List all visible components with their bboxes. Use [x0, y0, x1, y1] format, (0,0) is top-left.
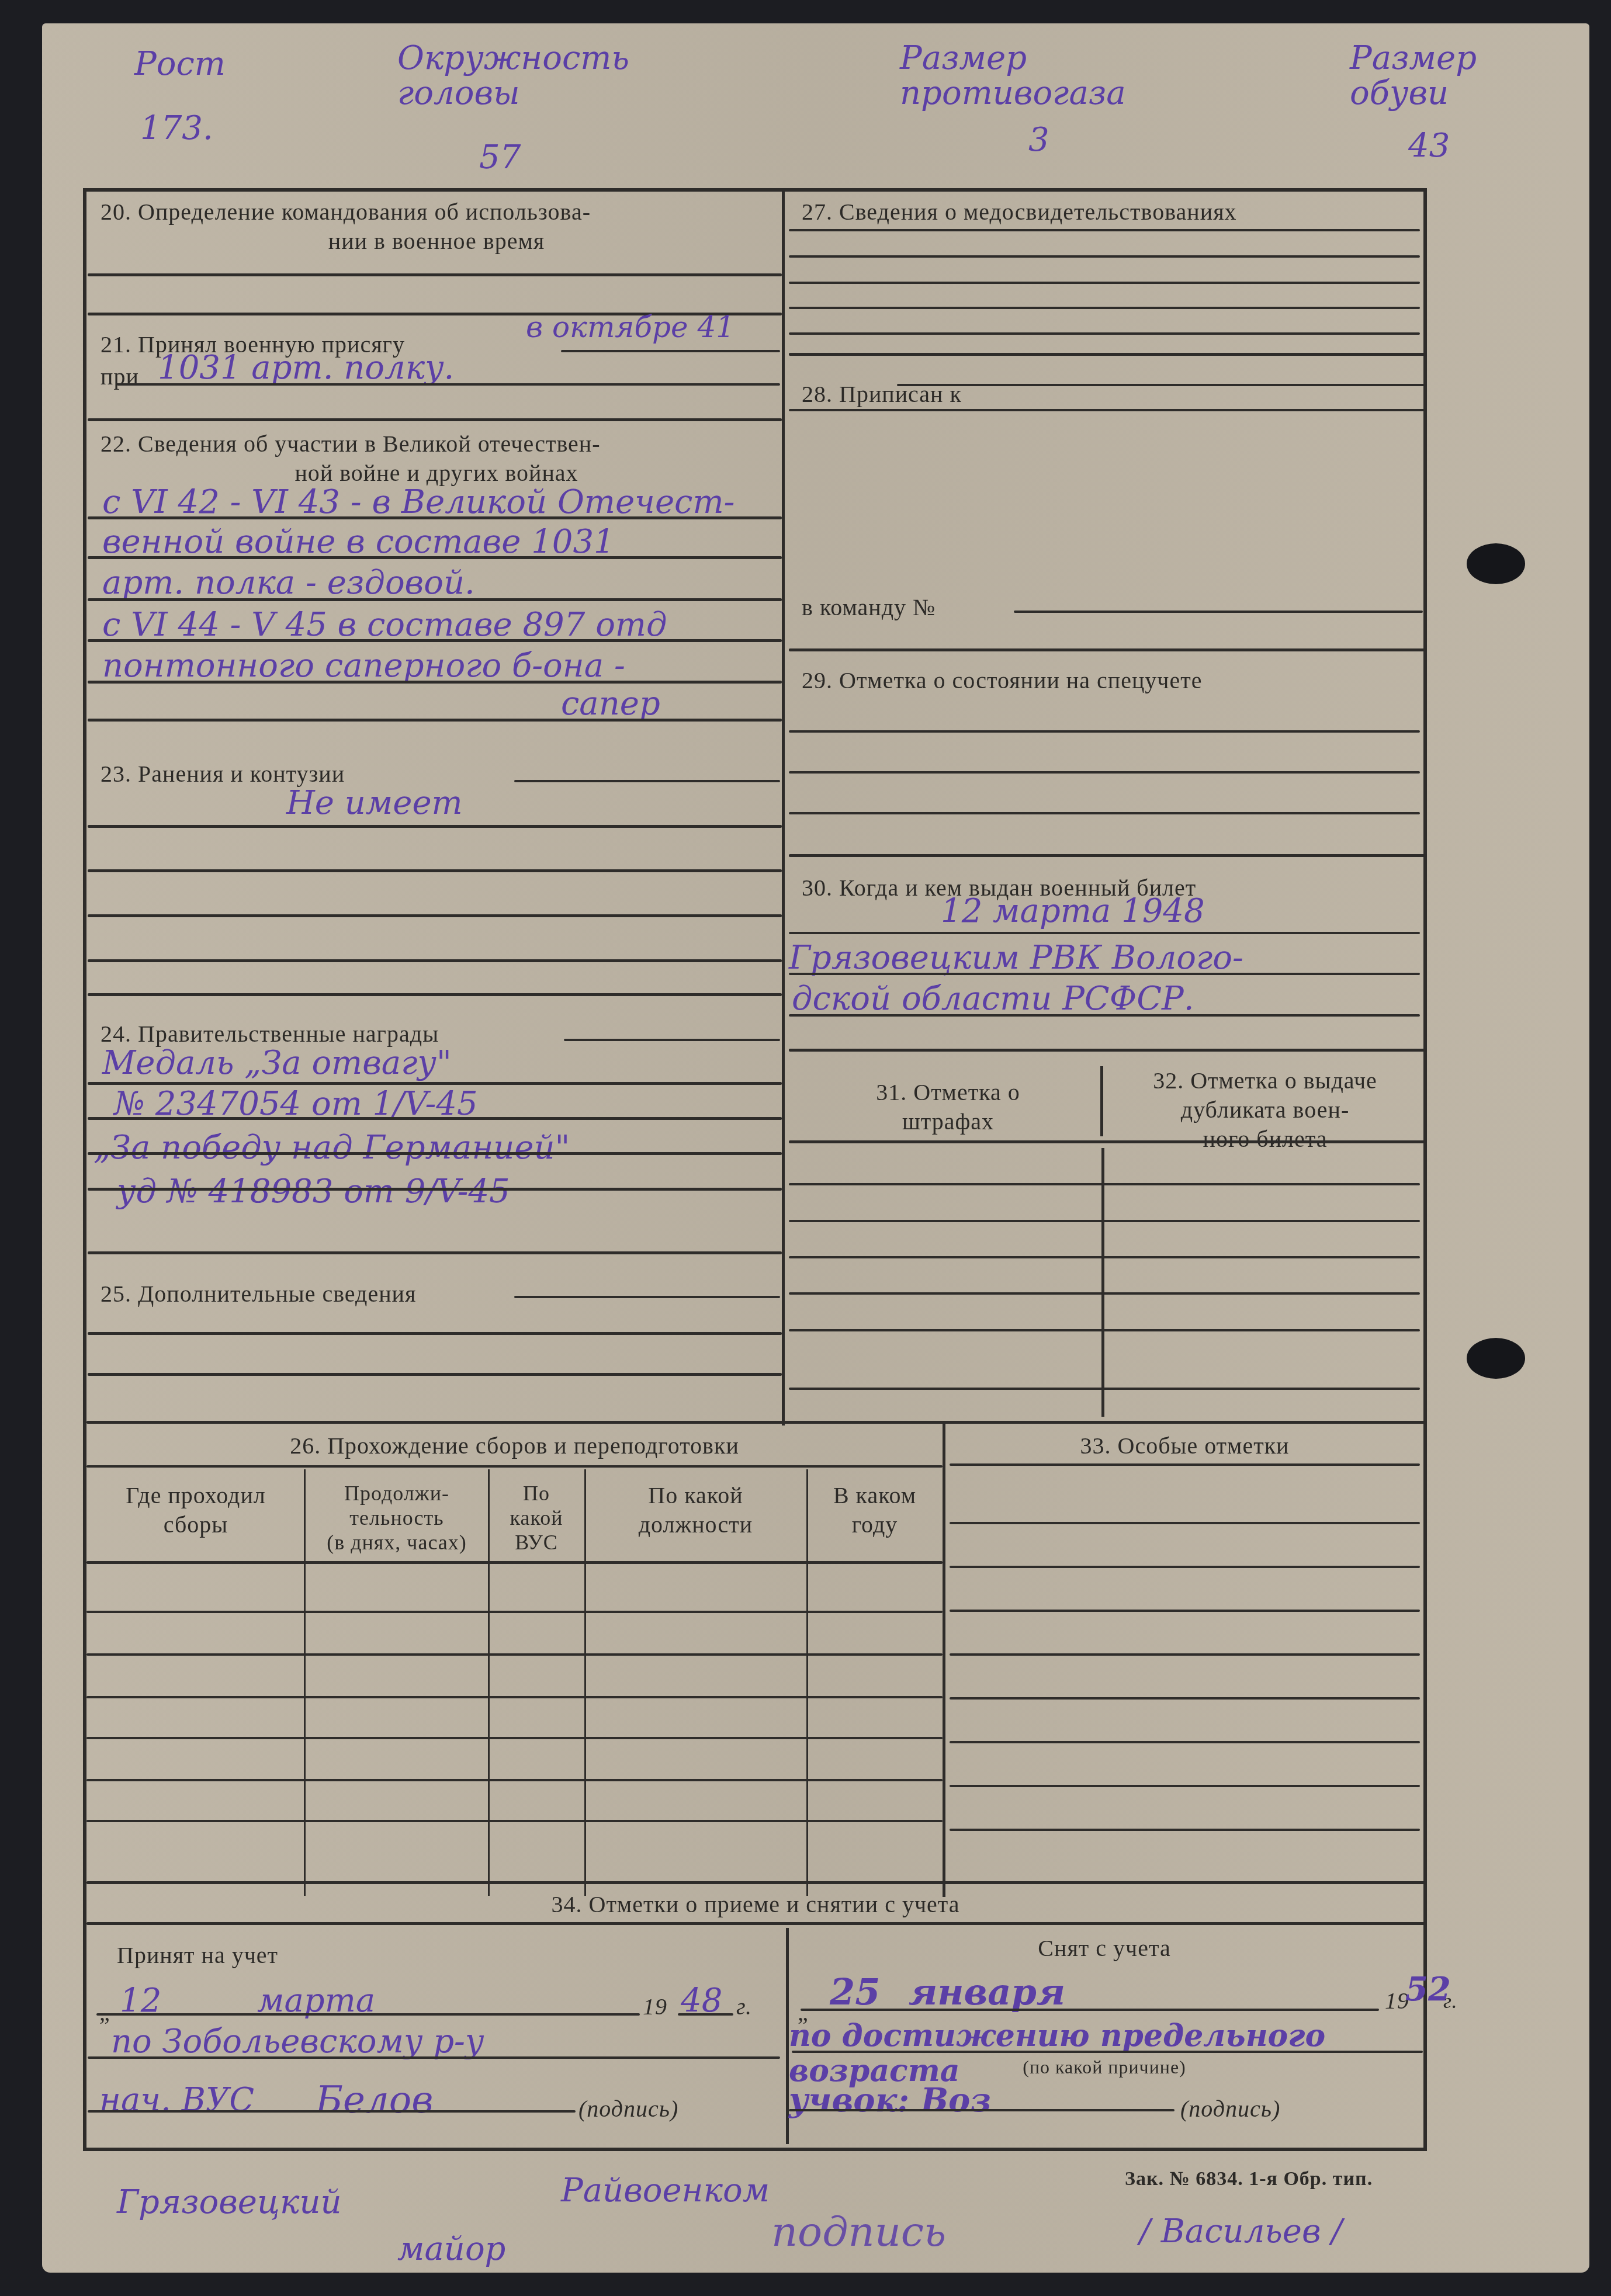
- f33-title: 33. Особые отметки: [947, 1431, 1423, 1461]
- rule: [86, 1737, 943, 1739]
- rule: [789, 353, 1426, 356]
- rule: [86, 1922, 1425, 1925]
- rule: [88, 2110, 576, 2113]
- f26-col-year: В каком году: [808, 1481, 941, 1539]
- footer-rank-title: Райвоенком: [561, 2173, 770, 2208]
- rule: [88, 1332, 782, 1335]
- rule: [88, 556, 782, 559]
- wounds-value: Не имеет: [286, 786, 463, 821]
- war-line-5: понтонного саперного б-она -: [102, 648, 625, 684]
- accepted-year-end: г.: [736, 1992, 752, 2021]
- rule: [88, 2056, 780, 2059]
- rule: [789, 648, 1426, 651]
- rule: [86, 1820, 943, 1822]
- divider: [943, 1424, 945, 1897]
- award-line-1: Медаль „За отвагу": [102, 1046, 452, 1081]
- f22-title: 22. Сведения об участии в Великой отечес…: [101, 429, 772, 488]
- head-value: 57: [479, 140, 521, 175]
- removed-year-end: г.: [1443, 1986, 1458, 2016]
- footer-org: Грязовецкий: [117, 2185, 342, 2220]
- rule: [950, 1697, 1420, 1700]
- rule: [88, 418, 782, 421]
- accepted-quote: „: [99, 1998, 110, 2027]
- rule: [789, 932, 1420, 934]
- rule: [789, 1183, 1420, 1185]
- rule: [117, 383, 780, 386]
- divider: [1100, 1066, 1103, 1136]
- shoes-value: 43: [1408, 129, 1450, 164]
- print-info: Зак. № 6834. 1-я Обр. тип.: [1125, 2165, 1373, 2194]
- rule: [789, 409, 1426, 411]
- rule: [950, 1463, 1420, 1466]
- rule: [789, 332, 1420, 335]
- rule: [88, 639, 782, 642]
- rule: [801, 2009, 1379, 2011]
- rule: [514, 1296, 780, 1298]
- rule: [897, 384, 1426, 386]
- rule: [564, 1039, 780, 1041]
- removed-label: Снят с учета: [789, 1934, 1420, 1963]
- rule: [950, 1522, 1420, 1524]
- rule: [950, 1653, 1420, 1656]
- rule: [789, 1049, 1426, 1052]
- divider: [1101, 1148, 1104, 1417]
- footer-rank: майор: [397, 2232, 505, 2267]
- award-line-2: № 2347054 от 1/V-45: [114, 1087, 478, 1122]
- f28-team-label: в команду №: [802, 593, 936, 622]
- rule: [792, 2051, 1423, 2053]
- rule: [950, 1829, 1420, 1831]
- removed-day: 25: [830, 1975, 880, 2010]
- rule: [88, 1188, 782, 1191]
- rule: [88, 1373, 782, 1376]
- removed-sign-line: учвок: Воз: [789, 2083, 991, 2118]
- war-line-3: арт. полка - ездовой.: [102, 566, 475, 601]
- f25-title: 25. Дополнительные сведения: [101, 1279, 416, 1309]
- id-issue-date: 12 марта 1948: [941, 894, 1205, 929]
- rule: [88, 993, 782, 996]
- divider: [304, 1469, 306, 1896]
- column-divider: [782, 190, 785, 1426]
- removed-reason: по достижению предельного возраста: [789, 2018, 1432, 2089]
- oath-date: в октябре 41: [526, 310, 735, 345]
- rule: [789, 255, 1420, 258]
- war-line-2: венной войне в составе 1031: [102, 525, 615, 560]
- war-line-6: сапер: [561, 686, 660, 722]
- f26-col-vus: По какой ВУС: [490, 1481, 583, 1555]
- rule: [789, 854, 1426, 857]
- rule: [88, 598, 782, 601]
- removed-sign-caption: (подпись): [1180, 2094, 1280, 2124]
- rule: [88, 719, 782, 722]
- punch-hole-top: [1467, 543, 1525, 584]
- rule: [88, 681, 782, 684]
- rule: [950, 1610, 1420, 1612]
- rule: [514, 780, 780, 782]
- rule: [86, 1653, 943, 1656]
- removed-month: января: [909, 1975, 1065, 2010]
- accepted-label: Принят на учет: [117, 1941, 278, 1970]
- award-line-4: уд № 418983 от 9/V-45: [117, 1174, 510, 1209]
- rule: [88, 273, 782, 276]
- rule: [88, 1152, 782, 1155]
- rule: [789, 1388, 1420, 1390]
- rule: [789, 973, 1420, 975]
- rule: [789, 1014, 1420, 1017]
- height-label: Рост: [134, 47, 226, 82]
- rule: [86, 1611, 943, 1613]
- rule: [86, 1779, 943, 1781]
- rule: [950, 1741, 1420, 1743]
- rule: [678, 2013, 733, 2016]
- removed-reason-caption: (по какой причине): [789, 2056, 1420, 2078]
- rule: [1014, 611, 1423, 613]
- rule: [86, 1696, 943, 1698]
- rule: [88, 825, 782, 828]
- accepted-sign-line: нач. ВУС: [99, 2083, 254, 2118]
- rule: [789, 229, 1420, 231]
- rule: [88, 914, 782, 917]
- rule: [88, 1117, 782, 1120]
- rule: [789, 2109, 1175, 2111]
- rule: [789, 1329, 1420, 1331]
- rule: [88, 516, 782, 519]
- rule: [86, 1881, 1425, 1884]
- gasmask-label: Размер противогаза: [900, 41, 1204, 111]
- oath-unit: 1031 арт. полку.: [158, 351, 454, 386]
- f26-col-place: Где проходил сборы: [88, 1481, 304, 1539]
- rule: [789, 1220, 1420, 1222]
- gasmask-value: 3: [1028, 123, 1049, 158]
- f26-title: 26. Прохождение сборов и переподготовки: [86, 1431, 943, 1461]
- accepted-sign-caption: (подпись): [578, 2094, 678, 2124]
- rule: [561, 350, 780, 352]
- war-line-1: с VI 42 - VI 43 - в Великой Отечест-: [102, 485, 735, 520]
- rule: [86, 1465, 943, 1468]
- accepted-by: по Зобольевскому р-у: [111, 2024, 484, 2059]
- id-issuer-line-2: дской области РСФСР.: [792, 981, 1194, 1017]
- rule: [88, 1251, 782, 1254]
- shoes-label: Размер обуви: [1350, 41, 1543, 111]
- rule: [789, 1140, 1426, 1143]
- rule: [789, 307, 1420, 309]
- height-value: 173.: [140, 111, 213, 146]
- f34-title: 34. Отметки о приеме и снятии с учета: [86, 1890, 1425, 1919]
- f26-col-duration: Продолжи- тельность (в днях, часах): [306, 1481, 487, 1555]
- accepted-signature: Белов: [316, 2083, 433, 2118]
- f27-title: 27. Сведения о медосвидетельствованиях: [802, 197, 1237, 227]
- accepted-year-prefix: 19: [643, 1992, 667, 2021]
- f21-at-label: при: [101, 362, 139, 391]
- head-label: Окружность головы: [397, 41, 725, 111]
- f29-title: 29. Отметка о состоянии на спецучете: [802, 666, 1202, 695]
- rule: [789, 730, 1420, 733]
- rule: [88, 869, 782, 872]
- rule: [789, 812, 1420, 814]
- rule: [86, 1561, 943, 1564]
- f20-title: 20. Определение командования об использо…: [101, 197, 772, 256]
- award-line-3: „За победу над Германией": [93, 1130, 570, 1166]
- rule: [96, 2013, 640, 2016]
- footer-name: / Васильев /: [1139, 2214, 1342, 2249]
- footer-signature: подпись: [771, 2214, 946, 2249]
- rule: [789, 1292, 1420, 1295]
- f26-col-position: По какой должности: [586, 1481, 805, 1539]
- rule: [950, 1785, 1420, 1787]
- id-issuer-line-1: Грязовецким РВК Волого-: [789, 941, 1243, 976]
- f31-title: 31. Отметка о штрафах: [789, 1078, 1107, 1136]
- rule: [88, 959, 782, 962]
- rule: [789, 1256, 1420, 1258]
- rule: [789, 282, 1420, 284]
- rule: [86, 1421, 1425, 1424]
- rule: [789, 771, 1420, 774]
- war-line-4: с VI 44 - V 45 в составе 897 отд: [102, 608, 667, 643]
- punch-hole-bottom: [1467, 1338, 1525, 1379]
- rule: [950, 1566, 1420, 1568]
